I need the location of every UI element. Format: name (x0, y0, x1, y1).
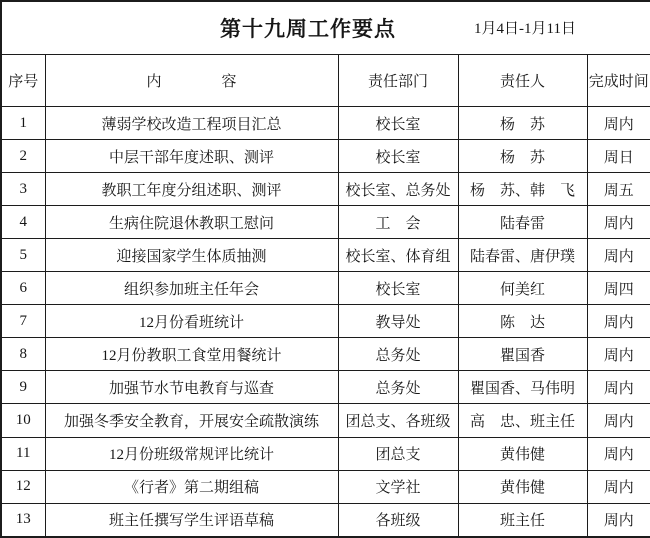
content-cell: 12月份班级常规评比统计 (45, 437, 338, 470)
department-cell: 团总支 (338, 437, 458, 470)
deadline-cell: 周内 (587, 503, 650, 537)
content-cell: 12月份看班统计 (45, 305, 338, 338)
content-cell: 迎接国家学生体质抽测 (45, 239, 338, 272)
row-number-cell: 3 (1, 173, 45, 206)
content-cell: 12月份教职工食堂用餐统计 (45, 338, 338, 371)
row-number-cell: 9 (1, 371, 45, 404)
person-cell: 瞿国香 (458, 338, 587, 371)
person-cell: 瞿国香、马伟明 (458, 371, 587, 404)
deadline-cell: 周内 (587, 107, 650, 140)
content-cell: 加强节水节电教育与巡查 (45, 371, 338, 404)
header-department: 责任部门 (338, 54, 458, 107)
deadline-cell: 周内 (587, 206, 650, 239)
row-number-cell: 4 (1, 206, 45, 239)
deadline-cell: 周五 (587, 173, 650, 206)
content-cell: 教职工年度分组述职、测评 (45, 173, 338, 206)
deadline-cell: 周四 (587, 272, 650, 305)
department-cell: 各班级 (338, 503, 458, 537)
table-row: 2中层干部年度述职、测评校长室杨 苏周日 (1, 140, 650, 173)
title-row: 第十九周工作要点 1月4日-1月11日 (1, 1, 650, 54)
person-cell: 黄伟健 (458, 470, 587, 503)
row-number-cell: 1 (1, 107, 45, 140)
person-cell: 陆春雷、唐伊璞 (458, 239, 587, 272)
row-number-cell: 8 (1, 338, 45, 371)
department-cell: 校长室 (338, 107, 458, 140)
content-cell: 中层干部年度述职、测评 (45, 140, 338, 173)
table-row: 9加强节水节电教育与巡查总务处瞿国香、马伟明周内 (1, 371, 650, 404)
header-person: 责任人 (458, 54, 587, 107)
person-cell: 陈 达 (458, 305, 587, 338)
person-cell: 高 忠、班主任 (458, 404, 587, 437)
table-row: 4生病住院退休教职工慰问工 会陆春雷周内 (1, 206, 650, 239)
table-row: 12《行者》第二期组稿文学社黄伟健周内 (1, 470, 650, 503)
row-number-cell: 5 (1, 239, 45, 272)
person-cell: 陆春雷 (458, 206, 587, 239)
work-points-table: 第十九周工作要点 1月4日-1月11日 序号 内 容 责任部门 责任人 完成时间… (0, 0, 650, 538)
deadline-cell: 周内 (587, 371, 650, 404)
title-cell: 第十九周工作要点 1月4日-1月11日 (1, 1, 650, 54)
person-cell: 黄伟健 (458, 437, 587, 470)
deadline-cell: 周内 (587, 404, 650, 437)
department-cell: 总务处 (338, 338, 458, 371)
row-number-cell: 10 (1, 404, 45, 437)
table-row: 13班主任撰写学生评语草稿各班级班主任周内 (1, 503, 650, 537)
deadline-cell: 周内 (587, 239, 650, 272)
deadline-cell: 周内 (587, 305, 650, 338)
person-cell: 杨 苏 (458, 107, 587, 140)
table-row: 712月份看班统计教导处陈 达周内 (1, 305, 650, 338)
row-number-cell: 6 (1, 272, 45, 305)
table-row: 10加强冬季安全教育，开展安全疏散演练团总支、各班级高 忠、班主任周内 (1, 404, 650, 437)
table-row: 6组织参加班主任年会校长室何美红周四 (1, 272, 650, 305)
row-number-cell: 2 (1, 140, 45, 173)
table-row: 1薄弱学校改造工程项目汇总校长室杨 苏周内 (1, 107, 650, 140)
table-header-row: 序号 内 容 责任部门 责任人 完成时间 (1, 54, 650, 107)
row-number-cell: 12 (1, 470, 45, 503)
department-cell: 工 会 (338, 206, 458, 239)
table-body: 1薄弱学校改造工程项目汇总校长室杨 苏周内2中层干部年度述职、测评校长室杨 苏周… (1, 107, 650, 537)
page-title: 第十九周工作要点 (220, 13, 396, 43)
content-cell: 班主任撰写学生评语草稿 (45, 503, 338, 537)
table-row: 812月份教职工食堂用餐统计总务处瞿国香周内 (1, 338, 650, 371)
header-content: 内 容 (45, 54, 338, 107)
date-range: 1月4日-1月11日 (474, 17, 576, 38)
deadline-cell: 周内 (587, 437, 650, 470)
person-cell: 何美红 (458, 272, 587, 305)
content-cell: 《行者》第二期组稿 (45, 470, 338, 503)
content-cell: 薄弱学校改造工程项目汇总 (45, 107, 338, 140)
deadline-cell: 周内 (587, 470, 650, 503)
department-cell: 总务处 (338, 371, 458, 404)
header-number: 序号 (1, 54, 45, 107)
document: 第十九周工作要点 1月4日-1月11日 序号 内 容 责任部门 责任人 完成时间… (0, 0, 650, 538)
table-row: 5迎接国家学生体质抽测校长室、体育组陆春雷、唐伊璞周内 (1, 239, 650, 272)
content-cell: 生病住院退休教职工慰问 (45, 206, 338, 239)
row-number-cell: 13 (1, 503, 45, 537)
department-cell: 校长室 (338, 140, 458, 173)
content-cell: 组织参加班主任年会 (45, 272, 338, 305)
person-cell: 杨 苏、韩 飞 (458, 173, 587, 206)
deadline-cell: 周日 (587, 140, 650, 173)
row-number-cell: 11 (1, 437, 45, 470)
header-deadline: 完成时间 (587, 54, 650, 107)
content-cell: 加强冬季安全教育，开展安全疏散演练 (45, 404, 338, 437)
department-cell: 校长室、总务处 (338, 173, 458, 206)
person-cell: 班主任 (458, 503, 587, 537)
department-cell: 团总支、各班级 (338, 404, 458, 437)
department-cell: 校长室、体育组 (338, 239, 458, 272)
deadline-cell: 周内 (587, 338, 650, 371)
department-cell: 教导处 (338, 305, 458, 338)
table-row: 3教职工年度分组述职、测评校长室、总务处杨 苏、韩 飞周五 (1, 173, 650, 206)
person-cell: 杨 苏 (458, 140, 587, 173)
department-cell: 文学社 (338, 470, 458, 503)
row-number-cell: 7 (1, 305, 45, 338)
table-row: 1112月份班级常规评比统计团总支黄伟健周内 (1, 437, 650, 470)
department-cell: 校长室 (338, 272, 458, 305)
